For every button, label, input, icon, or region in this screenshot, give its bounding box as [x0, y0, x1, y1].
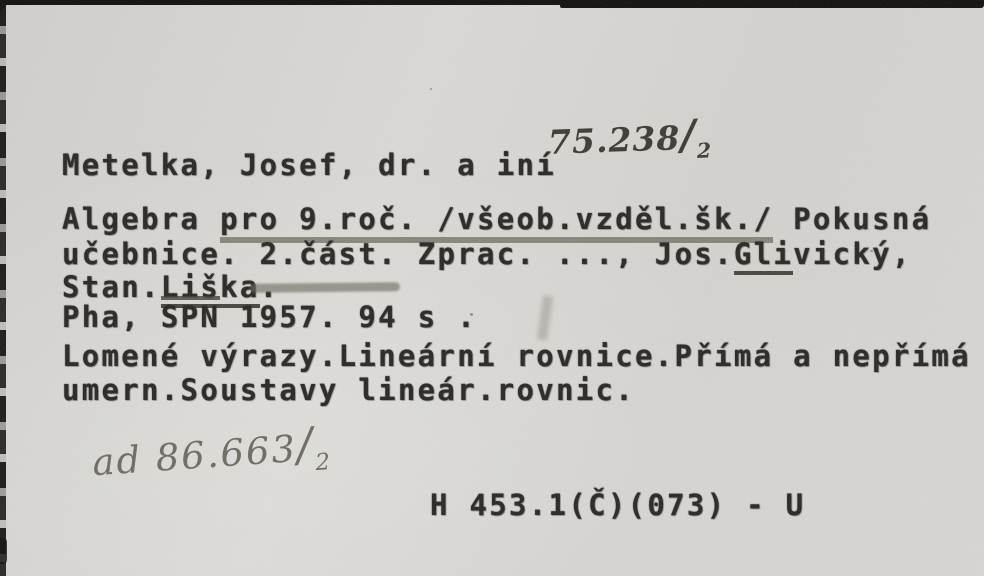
ink-speck — [870, 250, 873, 252]
text-run: Pha, — [62, 300, 161, 334]
part-run: 2.část. — [260, 237, 398, 271]
pencil-underline-smudge — [250, 282, 400, 293]
gray-streak-artifact — [537, 296, 553, 341]
scan-edge-top-right — [560, 0, 984, 8]
text-run: umern.Soustavy lineár.rovnic. — [62, 373, 635, 407]
accession-bottom-text: ad 86.663 — [91, 427, 298, 484]
ink-speck — [430, 88, 432, 90]
text-run: Algebra — [62, 202, 220, 236]
ink-speck — [470, 313, 473, 316]
accession-bottom-slash: / — [295, 417, 316, 472]
text-run: Zprac. ..., Jos. — [398, 237, 734, 271]
overlined-publisher-run: SPN — [161, 296, 220, 334]
call-number: H 453.1(Č)(073) - U — [430, 490, 805, 520]
imprint-line: Pha, SPN 1957. 94 s . — [62, 302, 477, 332]
text-run: Stan. — [62, 270, 161, 304]
text-run: Pokusná — [773, 202, 931, 236]
underlined-name-run: Gli — [734, 237, 793, 275]
title-line-2: učebnice. 2.část. Zprac. ..., Jos.Glivic… — [62, 239, 912, 269]
author-line: Metelka, Josef, dr. a iní — [62, 150, 556, 180]
scan-edge-bottom-left-mark — [0, 538, 7, 564]
text-run: učebnice. — [62, 237, 260, 271]
text-run: Lomené výrazy.Lineární rovnice.Přímá a n… — [62, 339, 971, 373]
accession-top-number: 75.238 — [547, 118, 681, 162]
accession-number-top: 75.238/2 — [547, 109, 712, 168]
scan-corner-top-left — [0, 0, 22, 22]
subject-line-2: umern.Soustavy lineár.rovnic. — [62, 375, 635, 405]
text-run: 1957. 94 s . — [220, 300, 477, 334]
title-line-1: Algebra pro 9.roč. /všeob.vzděl.šk./ Pok… — [62, 204, 931, 234]
library-catalog-card-scan: 75.238/2 Metelka, Josef, dr. a iní Algeb… — [0, 0, 984, 576]
accession-top-denominator: 2 — [696, 138, 712, 163]
subject-line-1: Lomené výrazy.Lineární rovnice.Přímá a n… — [62, 341, 971, 371]
text-run: vický, — [793, 237, 912, 271]
scan-edge-left — [0, 0, 6, 576]
accession-number-bottom: ad 86.663/2 — [90, 416, 333, 492]
accession-bottom-denominator: 2 — [315, 449, 333, 476]
accession-top-slash: / — [679, 110, 697, 160]
